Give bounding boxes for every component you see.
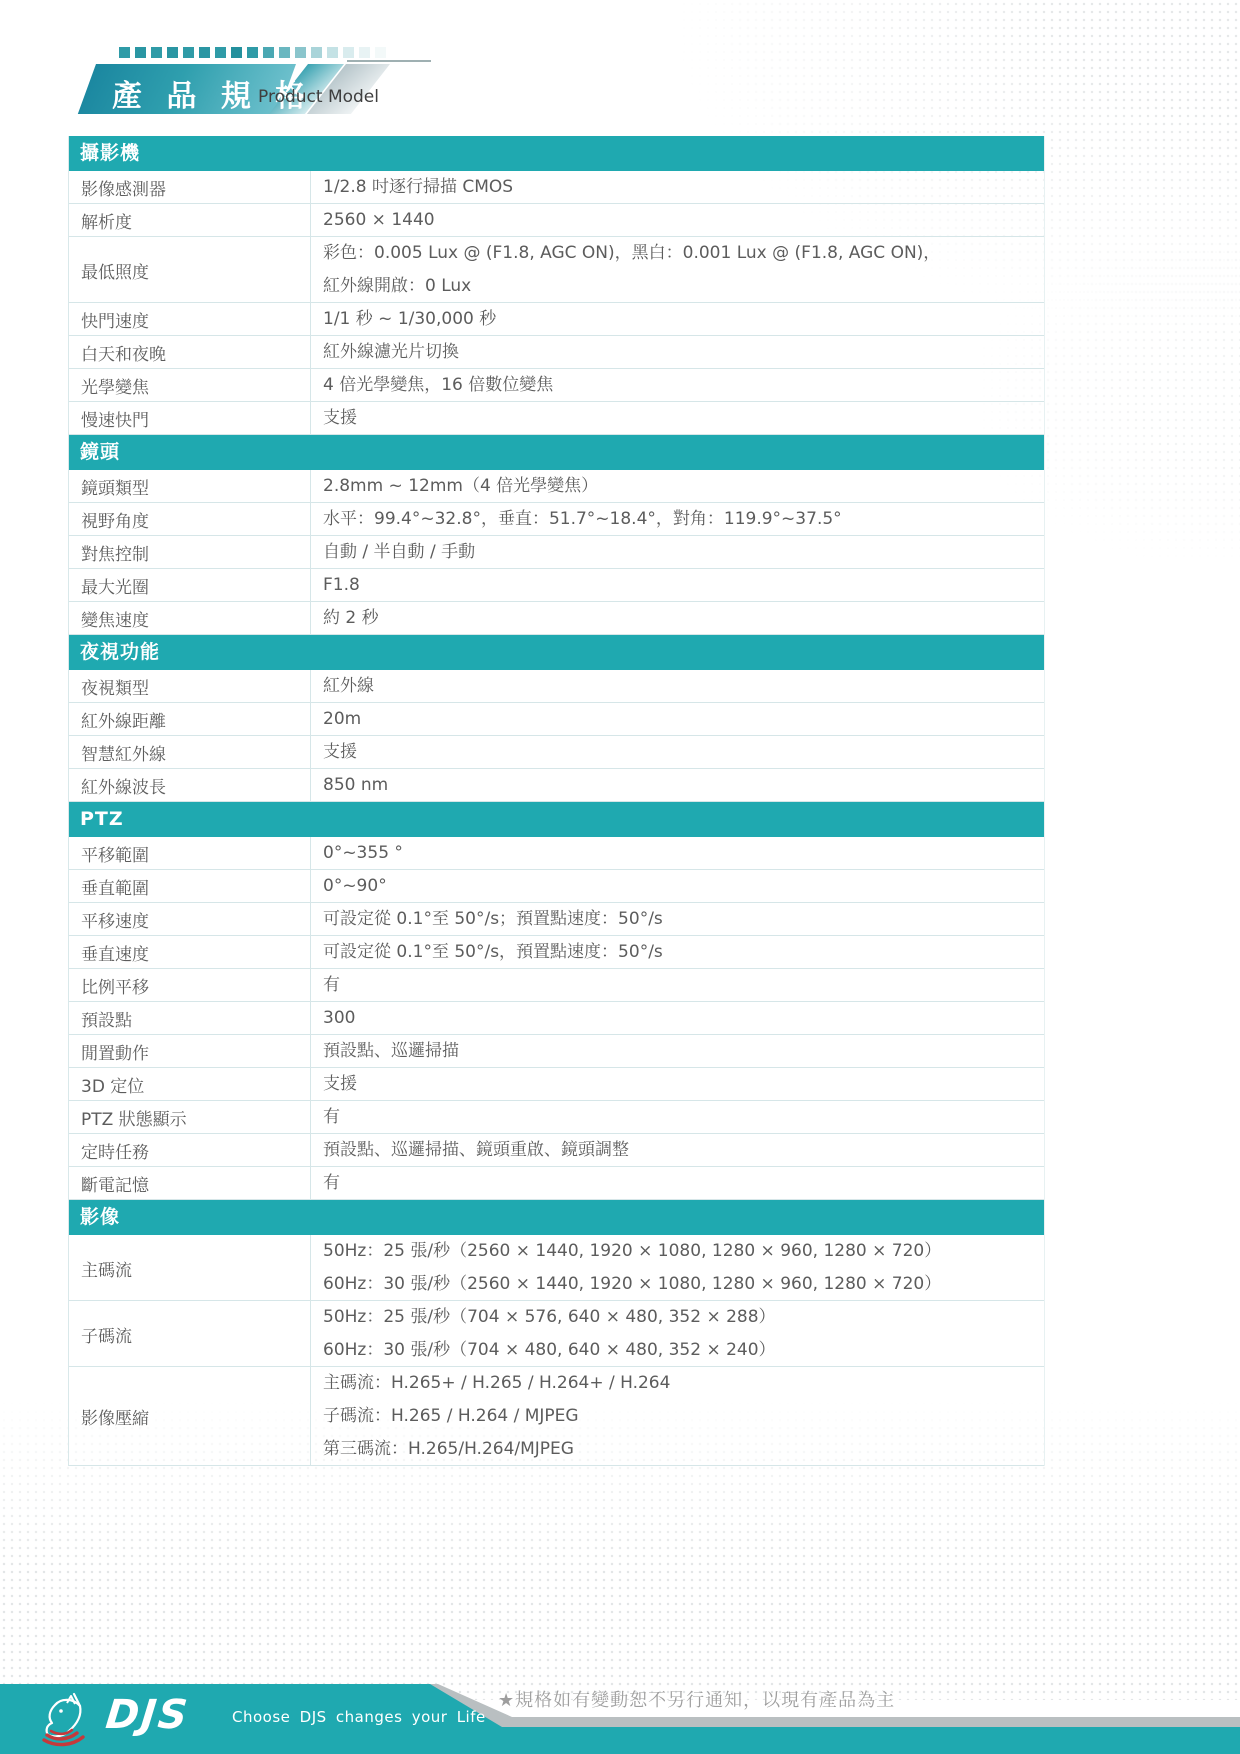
spec-label: 平移範圍 xyxy=(69,837,311,870)
spec-value: 可設定從 0.1°至 50°/s，預置點速度：50°/s xyxy=(311,936,1044,969)
spec-label: 預設點 xyxy=(69,1002,311,1035)
spec-value: 300 xyxy=(311,1002,1044,1035)
spec-row: 變焦速度約 2 秒 xyxy=(69,602,1044,635)
spec-value: 20m xyxy=(311,703,1044,736)
decor-square xyxy=(215,47,226,58)
spec-value: 0°~90° xyxy=(311,870,1044,903)
decor-square xyxy=(247,47,258,58)
spec-row: 垂直範圍0°~90° xyxy=(69,870,1044,903)
spec-value-line: 1/2.8 吋逐行掃描 CMOS xyxy=(323,171,1044,204)
spec-row: 快門速度1/1 秒 ~ 1/30,000 秒 xyxy=(69,303,1044,336)
spec-value-line: 支援 xyxy=(323,1068,1044,1101)
spec-value: 50Hz：25 張/秒（2560 × 1440, 1920 × 1080, 12… xyxy=(311,1235,1044,1301)
spec-row: 慢速快門支援 xyxy=(69,402,1044,435)
footer: ★規格如有變動恕不另行通知，以現有產品為主 DJS Choose DJS cha… xyxy=(0,1684,1240,1754)
spec-value-line: 850 nm xyxy=(323,769,1044,802)
spec-value: 約 2 秒 xyxy=(311,602,1044,635)
spec-value: 可設定從 0.1°至 50°/s；預置點速度：50°/s xyxy=(311,903,1044,936)
spec-label: 夜視類型 xyxy=(69,670,311,703)
decor-square xyxy=(119,47,130,58)
decor-square xyxy=(359,47,370,58)
spec-value-line: 第三碼流：H.265/H.264/MJPEG xyxy=(323,1433,1044,1466)
spec-value: 水平：99.4°~32.8°，垂直：51.7°~18.4°，對角：119.9°~… xyxy=(311,503,1044,536)
spec-value-line: 有 xyxy=(323,969,1044,1002)
spec-value-line: 60Hz：30 張/秒（2560 × 1440, 1920 × 1080, 12… xyxy=(323,1268,1044,1301)
spec-row: PTZ 狀態顯示有 xyxy=(69,1101,1044,1134)
spec-value-line: 紅外線開啟：0 Lux xyxy=(323,270,1044,303)
spec-label: 垂直範圍 xyxy=(69,870,311,903)
spec-value-line: 60Hz：30 張/秒（704 × 480, 640 × 480, 352 × … xyxy=(323,1334,1044,1367)
spec-value: 0°~355 ° xyxy=(311,837,1044,870)
page-subtitle: Product Model xyxy=(258,87,379,107)
spec-table: 攝影機影像感測器1/2.8 吋逐行掃描 CMOS解析度2560 × 1440最低… xyxy=(68,136,1045,1466)
brand-slogan: Choose DJS changes your Life xyxy=(232,1708,486,1726)
spec-value: F1.8 xyxy=(311,569,1044,602)
spec-value-line: 50Hz：25 張/秒（2560 × 1440, 1920 × 1080, 12… xyxy=(323,1235,1044,1268)
spec-label: 快門速度 xyxy=(69,303,311,336)
decor-square xyxy=(231,47,242,58)
spec-label: 解析度 xyxy=(69,204,311,237)
spec-row: 斷電記憶有 xyxy=(69,1167,1044,1200)
spec-row: 智慧紅外線支援 xyxy=(69,736,1044,769)
spec-value-line: 主碼流：H.265+ / H.265 / H.264+ / H.264 xyxy=(323,1367,1044,1400)
spec-value-line: 有 xyxy=(323,1167,1044,1200)
spec-value: 自動 / 半自動 / 手動 xyxy=(311,536,1044,569)
decor-square xyxy=(199,47,210,58)
section-header: 攝影機 xyxy=(69,136,1044,171)
section-header: PTZ xyxy=(69,802,1044,837)
spec-value: 4 倍光學變焦，16 倍數位變焦 xyxy=(311,369,1044,402)
spec-row: 鏡頭類型2.8mm ~ 12mm（4 倍光學變焦） xyxy=(69,470,1044,503)
spec-value-line: 約 2 秒 xyxy=(323,602,1044,635)
spec-row: 垂直速度可設定從 0.1°至 50°/s，預置點速度：50°/s xyxy=(69,936,1044,969)
spec-label: 紅外線波長 xyxy=(69,769,311,802)
decor-square xyxy=(311,47,322,58)
spec-value: 1/1 秒 ~ 1/30,000 秒 xyxy=(311,303,1044,336)
spec-value: 彩色：0.005 Lux @ (F1.8, AGC ON)，黑白：0.001 L… xyxy=(311,237,1044,303)
spec-label: 紅外線距離 xyxy=(69,703,311,736)
spec-value-line: 自動 / 半自動 / 手動 xyxy=(323,536,1044,569)
decor-square xyxy=(343,47,354,58)
spec-label: 白天和夜晚 xyxy=(69,336,311,369)
spec-label: 變焦速度 xyxy=(69,602,311,635)
spec-row: 夜視類型紅外線 xyxy=(69,670,1044,703)
spec-label: 平移速度 xyxy=(69,903,311,936)
spec-label: 閒置動作 xyxy=(69,1035,311,1068)
spec-value-line: 0°~355 ° xyxy=(323,837,1044,870)
spec-row: 預設點300 xyxy=(69,1002,1044,1035)
spec-sheet-page: 產 品 規 格 Product Model 攝影機影像感測器1/2.8 吋逐行掃… xyxy=(0,0,1240,1754)
spec-row: 解析度2560 × 1440 xyxy=(69,204,1044,237)
spec-value-line: 支援 xyxy=(323,736,1044,769)
spec-value: 1/2.8 吋逐行掃描 CMOS xyxy=(311,171,1044,204)
spec-value: 有 xyxy=(311,1167,1044,1200)
spec-label: 影像壓縮 xyxy=(69,1367,311,1466)
spec-row: 子碼流50Hz：25 張/秒（704 × 576, 640 × 480, 352… xyxy=(69,1301,1044,1367)
spec-value-line: 2.8mm ~ 12mm（4 倍光學變焦） xyxy=(323,470,1044,503)
spec-row: 主碼流50Hz：25 張/秒（2560 × 1440, 1920 × 1080,… xyxy=(69,1235,1044,1301)
decor-square xyxy=(279,47,290,58)
spec-value: 紅外線濾光片切換 xyxy=(311,336,1044,369)
decor-square xyxy=(167,47,178,58)
spec-value-line: 20m xyxy=(323,703,1044,736)
spec-row: 影像感測器1/2.8 吋逐行掃描 CMOS xyxy=(69,171,1044,204)
spec-value-line: 50Hz：25 張/秒（704 × 576, 640 × 480, 352 × … xyxy=(323,1301,1044,1334)
spec-row: 平移範圍0°~355 ° xyxy=(69,837,1044,870)
spec-value: 支援 xyxy=(311,1068,1044,1101)
decor-square xyxy=(295,47,306,58)
spec-row: 平移速度可設定從 0.1°至 50°/s；預置點速度：50°/s xyxy=(69,903,1044,936)
decor-square xyxy=(183,47,194,58)
decor-square xyxy=(151,47,162,58)
spec-label: 主碼流 xyxy=(69,1235,311,1301)
spec-value-line: 支援 xyxy=(323,402,1044,435)
spec-row: 紅外線波長850 nm xyxy=(69,769,1044,802)
spec-row: 對焦控制自動 / 半自動 / 手動 xyxy=(69,536,1044,569)
spec-value-line: 0°~90° xyxy=(323,870,1044,903)
spec-value-line: 子碼流：H.265 / H.264 / MJPEG xyxy=(323,1400,1044,1433)
spec-value-line: 彩色：0.005 Lux @ (F1.8, AGC ON)，黑白：0.001 L… xyxy=(323,237,1044,270)
spec-label: 子碼流 xyxy=(69,1301,311,1367)
spec-row: 光學變焦4 倍光學變焦，16 倍數位變焦 xyxy=(69,369,1044,402)
decor-square xyxy=(135,47,146,58)
spec-value-line: 4 倍光學變焦，16 倍數位變焦 xyxy=(323,369,1044,402)
spec-value-line: 有 xyxy=(323,1101,1044,1134)
decor-line xyxy=(347,60,431,62)
spec-label: 最大光圈 xyxy=(69,569,311,602)
spec-label: 鏡頭類型 xyxy=(69,470,311,503)
spec-value: 2560 × 1440 xyxy=(311,204,1044,237)
section-header: 夜視功能 xyxy=(69,635,1044,670)
section-header: 影像 xyxy=(69,1200,1044,1235)
spec-value-line: F1.8 xyxy=(323,569,1044,602)
section-header: 鏡頭 xyxy=(69,435,1044,470)
spec-value: 支援 xyxy=(311,736,1044,769)
spec-value-line: 紅外線 xyxy=(323,670,1044,703)
spec-row: 紅外線距離20m xyxy=(69,703,1044,736)
spec-label: 慢速快門 xyxy=(69,402,311,435)
spec-row: 白天和夜晚紅外線濾光片切換 xyxy=(69,336,1044,369)
decor-square xyxy=(327,47,338,58)
spec-value: 有 xyxy=(311,1101,1044,1134)
brand-logotype: DJS xyxy=(104,1692,192,1738)
spec-row: 定時任務預設點、巡邏掃描、鏡頭重啟、鏡頭調整 xyxy=(69,1134,1044,1167)
spec-value-line: 預設點、巡邏掃描 xyxy=(323,1035,1044,1068)
spec-value: 預設點、巡邏掃描 xyxy=(311,1035,1044,1068)
spec-value-line: 預設點、巡邏掃描、鏡頭重啟、鏡頭調整 xyxy=(323,1134,1044,1167)
spec-row: 最低照度彩色：0.005 Lux @ (F1.8, AGC ON)，黑白：0.0… xyxy=(69,237,1044,303)
spec-value-line: 2560 × 1440 xyxy=(323,204,1044,237)
spec-value: 預設點、巡邏掃描、鏡頭重啟、鏡頭調整 xyxy=(311,1134,1044,1167)
spec-label: 斷電記憶 xyxy=(69,1167,311,1200)
spec-label: 影像感測器 xyxy=(69,171,311,204)
spec-label: PTZ 狀態顯示 xyxy=(69,1101,311,1134)
spec-label: 最低照度 xyxy=(69,237,311,303)
spec-row: 閒置動作預設點、巡邏掃描 xyxy=(69,1035,1044,1068)
spec-value: 紅外線 xyxy=(311,670,1044,703)
spec-row: 3D 定位支援 xyxy=(69,1068,1044,1101)
spec-label: 智慧紅外線 xyxy=(69,736,311,769)
spec-label: 光學變焦 xyxy=(69,369,311,402)
decor-square xyxy=(263,47,274,58)
spec-label: 垂直速度 xyxy=(69,936,311,969)
spec-value-line: 紅外線濾光片切換 xyxy=(323,336,1044,369)
unicorn-logo-icon xyxy=(34,1690,100,1748)
decor-square xyxy=(375,47,386,58)
spec-row: 比例平移有 xyxy=(69,969,1044,1002)
spec-value-line: 300 xyxy=(323,1002,1044,1035)
footer-note: ★規格如有變動恕不另行通知，以現有產品為主 xyxy=(498,1686,895,1712)
spec-value: 850 nm xyxy=(311,769,1044,802)
spec-value: 2.8mm ~ 12mm（4 倍光學變焦） xyxy=(311,470,1044,503)
spec-value: 支援 xyxy=(311,402,1044,435)
spec-value-line: 水平：99.4°~32.8°，垂直：51.7°~18.4°，對角：119.9°~… xyxy=(323,503,1044,536)
spec-label: 定時任務 xyxy=(69,1134,311,1167)
spec-value-line: 1/1 秒 ~ 1/30,000 秒 xyxy=(323,303,1044,336)
spec-label: 3D 定位 xyxy=(69,1068,311,1101)
spec-row: 最大光圈F1.8 xyxy=(69,569,1044,602)
spec-row: 影像壓縮主碼流：H.265+ / H.265 / H.264+ / H.264子… xyxy=(69,1367,1044,1466)
spec-value-line: 可設定從 0.1°至 50°/s；預置點速度：50°/s xyxy=(323,903,1044,936)
spec-label: 視野角度 xyxy=(69,503,311,536)
spec-value: 有 xyxy=(311,969,1044,1002)
spec-label: 對焦控制 xyxy=(69,536,311,569)
spec-label: 比例平移 xyxy=(69,969,311,1002)
spec-value-line: 可設定從 0.1°至 50°/s，預置點速度：50°/s xyxy=(323,936,1044,969)
spec-value: 50Hz：25 張/秒（704 × 576, 640 × 480, 352 × … xyxy=(311,1301,1044,1367)
decor-squares xyxy=(119,47,386,58)
spec-row: 視野角度水平：99.4°~32.8°，垂直：51.7°~18.4°，對角：119… xyxy=(69,503,1044,536)
spec-value: 主碼流：H.265+ / H.265 / H.264+ / H.264子碼流：H… xyxy=(311,1367,1044,1466)
